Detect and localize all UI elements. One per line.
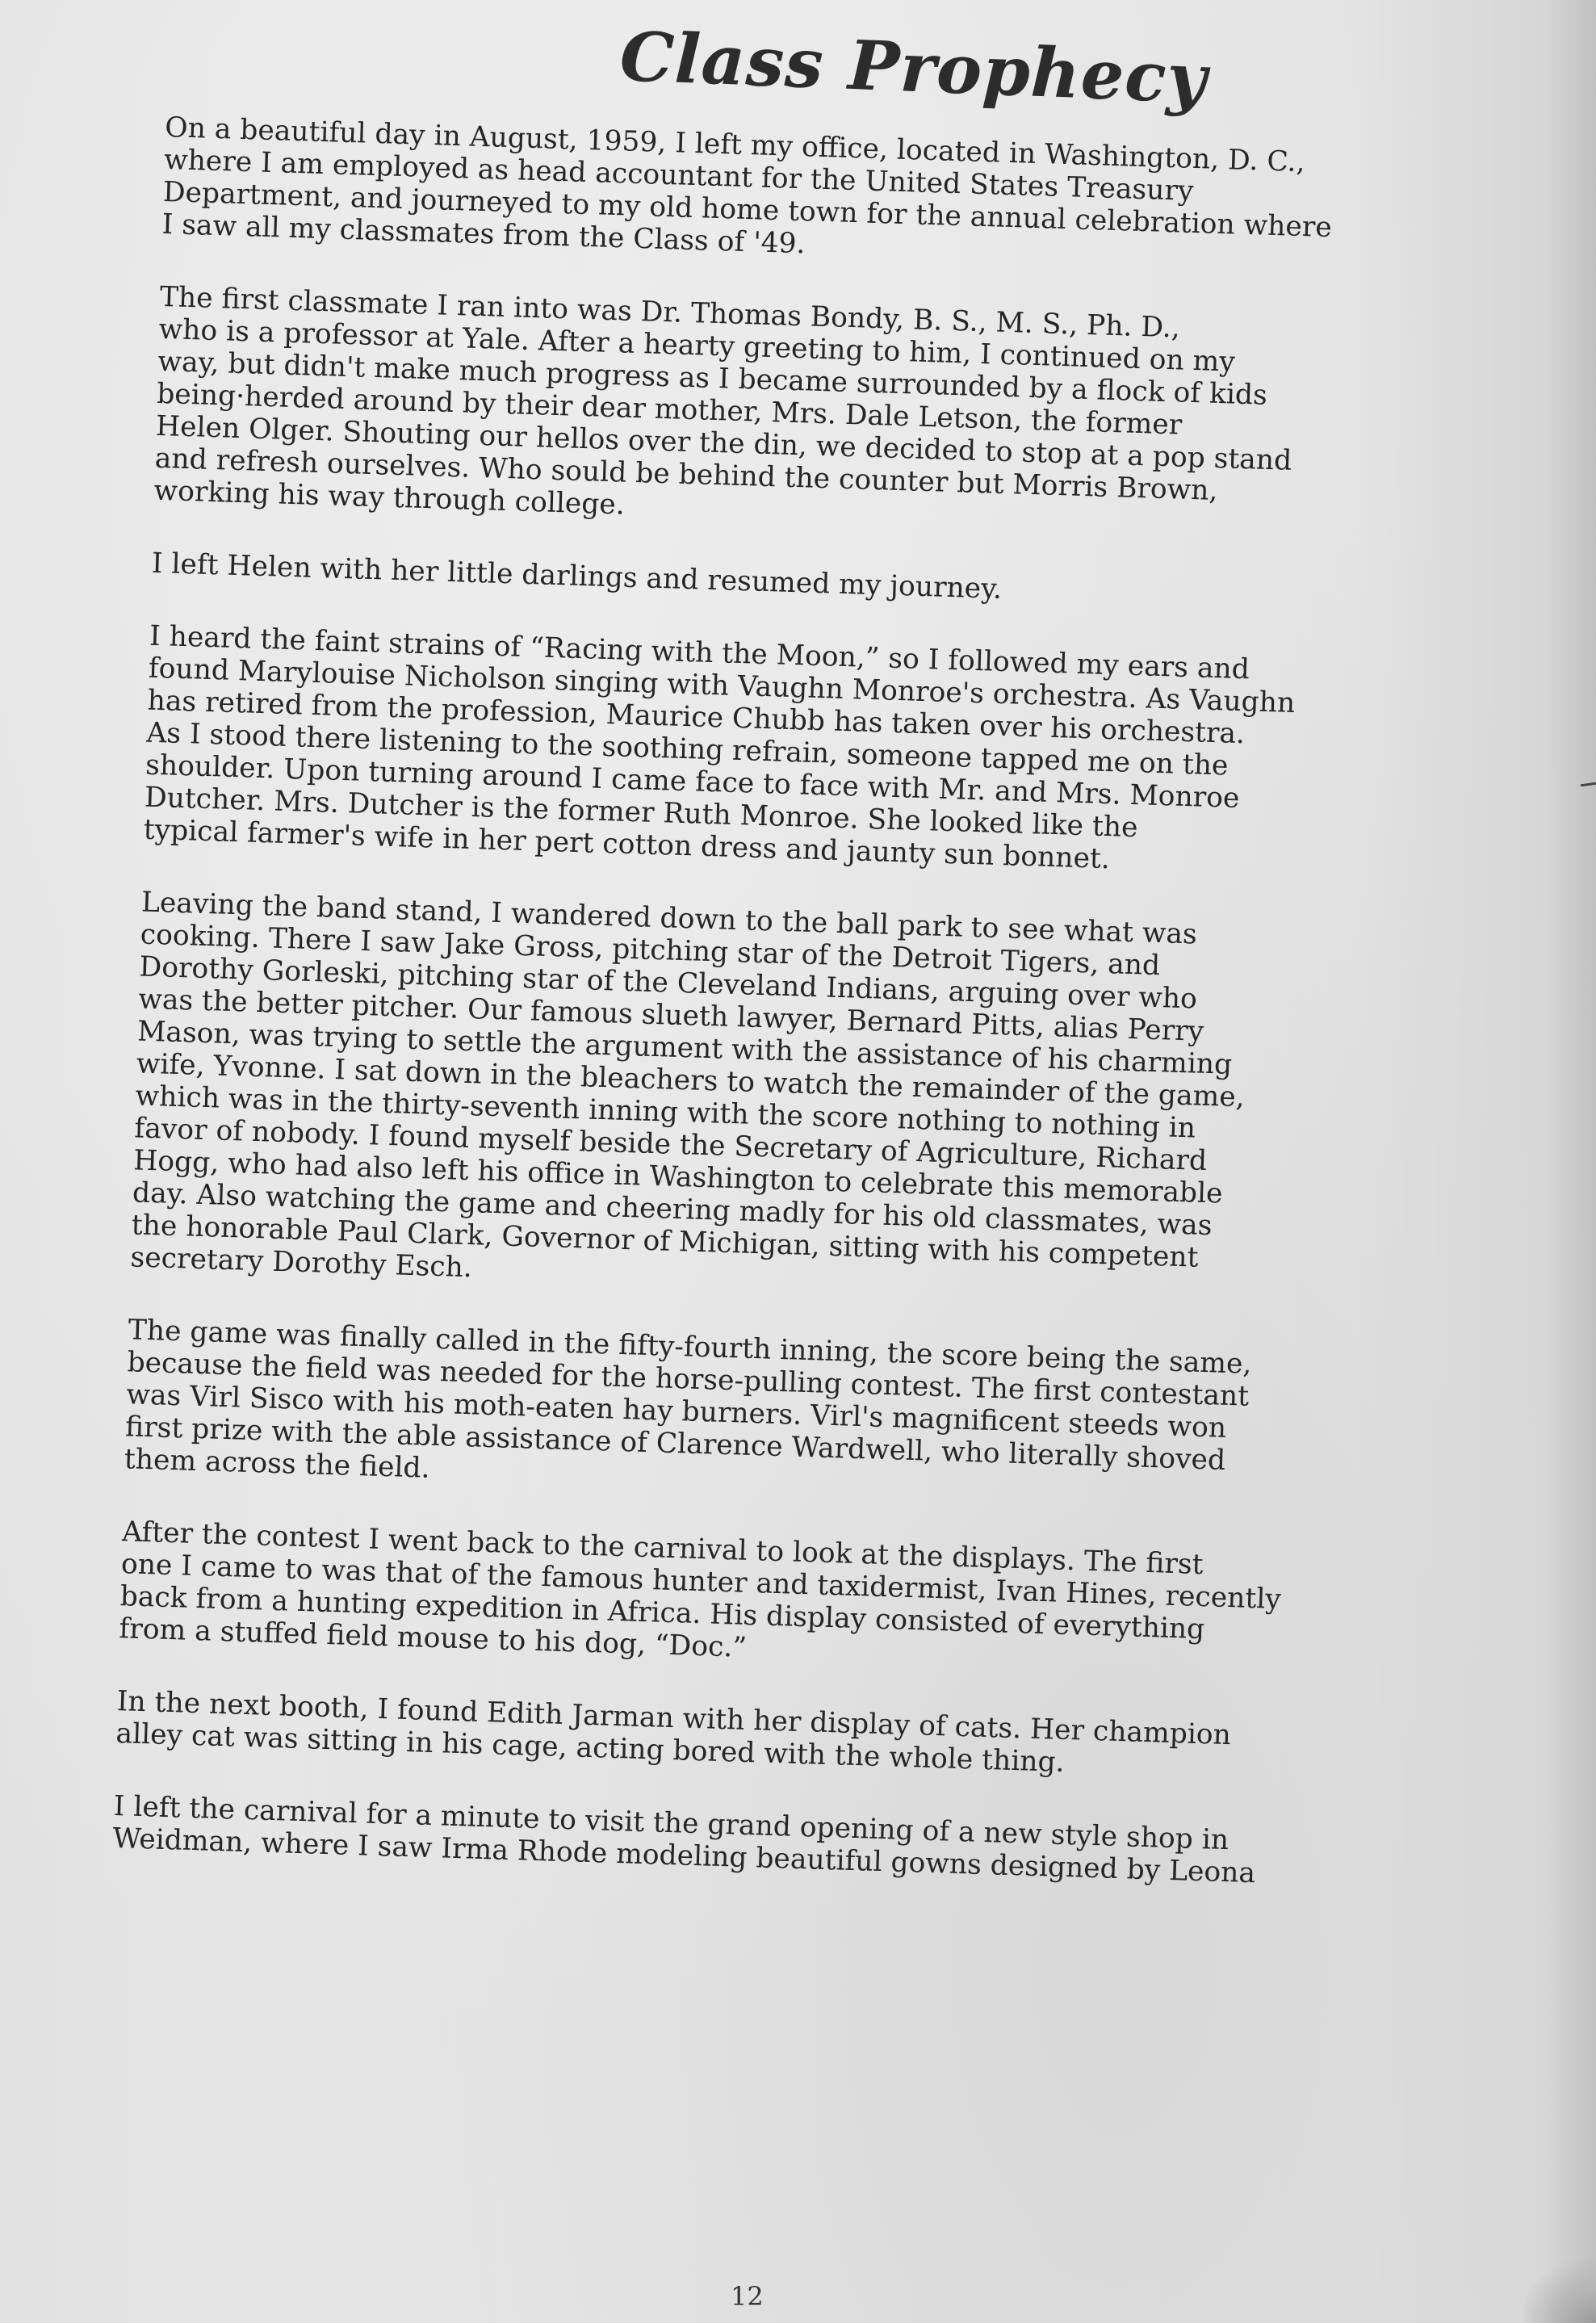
article-body: On a beautiful day in August, 1959, I le… [111, 111, 1586, 1939]
paragraph: The first classmate I ran into was Dr. T… [153, 281, 1581, 551]
page-number: 12 [731, 2281, 764, 2312]
paragraph: The game was finally called in the fifty… [124, 1314, 1548, 1519]
paragraph: I left Helen with her little darlings an… [151, 547, 1572, 623]
text-line: I left Helen with her little darlings an… [151, 547, 1572, 623]
page-corner-wear [1523, 2258, 1596, 2323]
paragraph: On a beautiful day in August, 1959, I le… [161, 111, 1586, 284]
page-title: Class Prophecy [618, 16, 1209, 119]
paragraph: In the next booth, I found Edith Jarman … [115, 1685, 1538, 1793]
scanned-page: Class Prophecy On a beautiful day in Aug… [0, 0, 1596, 2323]
paragraph: I left the carnival for a minute to visi… [112, 1790, 1535, 1898]
paragraph: Leaving the band stand, I wandered down … [130, 887, 1562, 1318]
paragraph: I heard the faint strains of “Racing wit… [143, 620, 1570, 890]
paragraph: After the contest I went back to the car… [119, 1516, 1543, 1688]
